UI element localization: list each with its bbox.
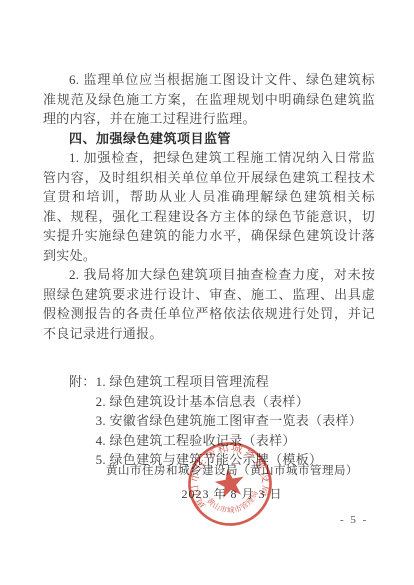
attachment-item-4: 4. 绿色建筑工程验收记录（表样）: [96, 431, 375, 451]
document-body: 6. 监理单位应当根据施工图设计文件、绿色建筑标准规范及绿色施工方案，在监理规划…: [43, 70, 375, 470]
attachment-item-2: 2. 绿色建筑设计基本信息表（表样）: [96, 392, 375, 412]
attachment-items: 1. 绿色建筑工程项目管理流程 2. 绿色建筑设计基本信息表（表样） 3. 安徽…: [96, 372, 375, 470]
attachment-item-3: 3. 安徽省绿色建筑施工图审查一览表（表样）: [96, 411, 375, 431]
attachment-item-1: 1. 绿色建筑工程项目管理流程: [96, 372, 375, 392]
paragraph-1-inspection: 1. 加强检查，把绿色建筑工程施工情况纳入日常监管内容，及时组织相关单位单位开展…: [43, 148, 375, 265]
issue-date: 2023 年 8 月 3 日: [50, 485, 414, 502]
attachment-label: 附：: [69, 372, 96, 392]
paragraph-6-supervision: 6. 监理单位应当根据施工图设计文件、绿色建筑标准规范及绿色施工方案，在监理规划…: [43, 70, 375, 129]
signature-block: 黄山市住房和城乡建设局（黄山市城市管理局） 2023 年 8 月 3 日: [50, 462, 414, 502]
attachment-list: 附： 1. 绿色建筑工程项目管理流程 2. 绿色建筑设计基本信息表（表样） 3.…: [43, 372, 375, 470]
document-page: 6. 监理单位应当根据施工图设计文件、绿色建筑标准规范及绿色施工方案，在监理规划…: [0, 0, 414, 585]
section-heading-4: 四、加强绿色建筑项目监管: [43, 129, 375, 149]
page-number: - 5 -: [340, 514, 368, 526]
issuing-org-name: 黄山市住房和城乡建设局（黄山市城市管理局）: [50, 462, 414, 478]
paragraph-2-penalty: 2. 我局将加大绿色建筑项目抽查检查力度，对未按照绿色建筑要求进行设计、审查、施…: [43, 265, 375, 343]
